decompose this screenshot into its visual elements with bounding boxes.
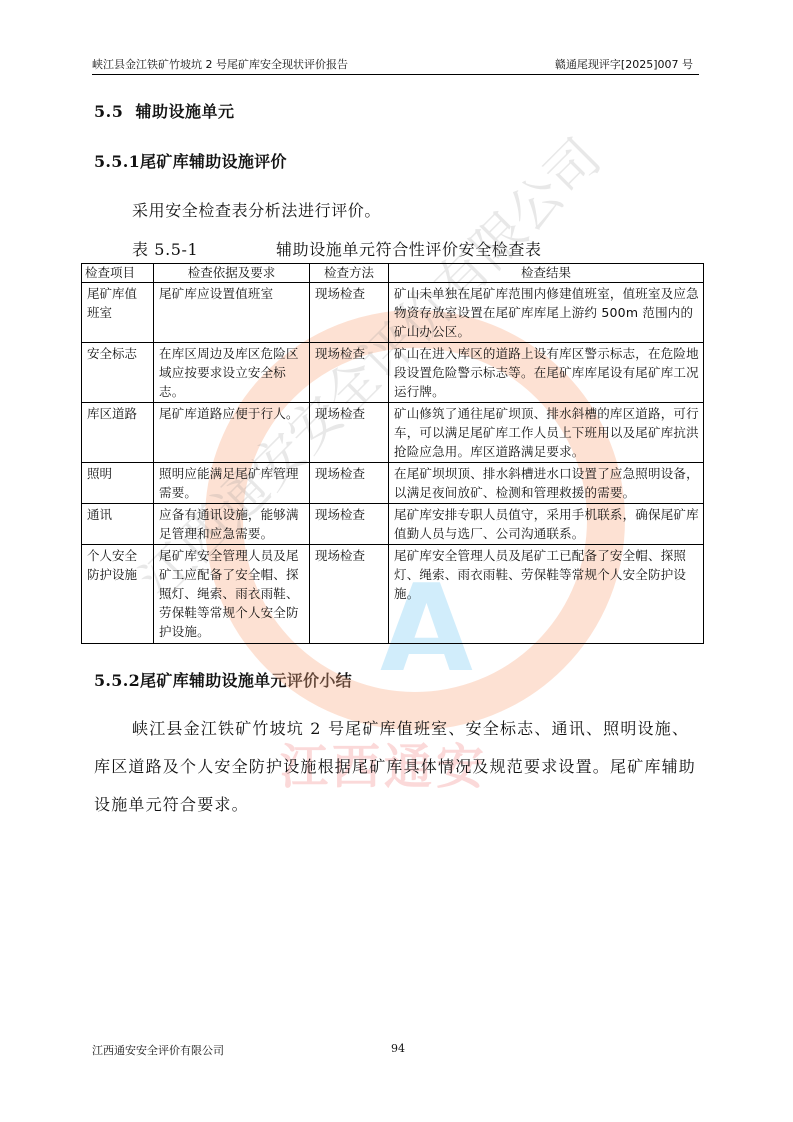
cell-item: 库区道路 [82, 403, 154, 463]
cell-result: 矿山未单独在尾矿库范围内修建值班室，值班室及应急物资存放室设置在尾矿库库尾上游约… [389, 283, 704, 343]
cell-method: 现场检查 [310, 545, 389, 644]
cell-item: 安全标志 [82, 343, 154, 403]
cell-basis: 应备有通讯设施，能够满足管理和应急需要。 [154, 504, 310, 545]
subsection-heading-2: 5.5.2尾矿库辅助设施单元评价小结 [94, 668, 352, 691]
document-page: A 江西通安安全评价有限公司 江西通安 峡江县金江铁矿竹坡坑 2 号尾矿库安全现… [0, 0, 793, 1122]
header-report-title: 峡江县金江铁矿竹坡坑 2 号尾矿库安全现状评价报告 [92, 58, 348, 72]
table-row: 个人安全防护设施 尾矿库安全管理人员及尾矿工应配备了安全帽、探照灯、绳索、雨衣雨… [82, 545, 704, 644]
col-header-basis: 检查依据及要求 [154, 264, 310, 283]
cell-item: 个人安全防护设施 [82, 545, 154, 644]
cell-basis: 照明应能满足尾矿库管理需要。 [154, 463, 310, 504]
cell-result: 尾矿库安全管理人员及尾矿工已配备了安全帽、探照灯、绳索、雨衣雨鞋、劳保鞋等常规个… [389, 545, 704, 644]
col-header-item: 检查项目 [82, 264, 154, 283]
page-header: 峡江县金江铁矿竹坡坑 2 号尾矿库安全现状评价报告 赣通尾现评字[2025]00… [92, 57, 699, 75]
header-doc-number: 赣通尾现评字[2025]007 号 [555, 58, 693, 72]
table-caption-number: 表 5.5-1 [132, 237, 198, 260]
cell-basis: 在库区周边及库区危险区域应按要求设立安全标志。 [154, 343, 310, 403]
table-row: 库区道路 尾矿库道路应便于行人。 现场检查 矿山修筑了通往尾矿坝顶、排水斜槽的库… [82, 403, 704, 463]
summary-text: 峡江县金江铁矿竹坡坑 2 号尾矿库值班室、安全标志、通讯、照明设施、库区道路及个… [94, 719, 696, 814]
page-number: 94 [391, 1042, 405, 1055]
col-header-result: 检查结果 [389, 264, 704, 283]
table-row: 通讯 应备有通讯设施，能够满足管理和应急需要。 现场检查 尾矿库安排专职人员值守… [82, 504, 704, 545]
cell-method: 现场检查 [310, 504, 389, 545]
cell-method: 现场检查 [310, 403, 389, 463]
summary-paragraph: 峡江县金江铁矿竹坡坑 2 号尾矿库值班室、安全标志、通讯、照明设施、库区道路及个… [94, 710, 699, 824]
cell-item: 尾矿库值班室 [82, 283, 154, 343]
cell-result: 在尾矿坝坝顶、排水斜槽进水口设置了应急照明设备，以满足夜间放矿、检测和管理救援的… [389, 463, 704, 504]
cell-item: 通讯 [82, 504, 154, 545]
col-header-method: 检查方法 [310, 264, 389, 283]
table-row: 照明 照明应能满足尾矿库管理需要。 现场检查 在尾矿坝坝顶、排水斜槽进水口设置了… [82, 463, 704, 504]
table-row: 安全标志 在库区周边及库区危险区域应按要求设立安全标志。 现场检查 矿山在进入库… [82, 343, 704, 403]
section-heading: 5.5 辅助设施单元 [94, 99, 234, 122]
table-row: 尾矿库值班室 尾矿库应设置值班室 现场检查 矿山未单独在尾矿库范围内修建值班室，… [82, 283, 704, 343]
cell-method: 现场检查 [310, 343, 389, 403]
subsection-heading-1: 5.5.1尾矿库辅助设施评价 [94, 149, 287, 172]
cell-basis: 尾矿库安全管理人员及尾矿工应配备了安全帽、探照灯、绳索、雨衣雨鞋、劳保鞋等常规个… [154, 545, 310, 644]
cell-result: 尾矿库安排专职人员值守，采用手机联系，确保尾矿库值勤人员与选厂、公司沟通联系。 [389, 504, 704, 545]
safety-checklist-table: 检查项目 检查依据及要求 检查方法 检查结果 尾矿库值班室 尾矿库应设置值班室 … [81, 263, 704, 644]
footer-company: 江西通安安全评价有限公司 [92, 1042, 224, 1058]
cell-basis: 尾矿库道路应便于行人。 [154, 403, 310, 463]
cell-item: 照明 [82, 463, 154, 504]
cell-method: 现场检查 [310, 283, 389, 343]
cell-method: 现场检查 [310, 463, 389, 504]
table-header-row: 检查项目 检查依据及要求 检查方法 检查结果 [82, 264, 704, 283]
table-caption-title: 辅助设施单元符合性评价安全检查表 [276, 237, 542, 260]
cell-result: 矿山在进入库区的道路上设有库区警示标志，在危险地段设置危险警示标志等。在尾矿库库… [389, 343, 704, 403]
intro-paragraph: 采用安全检查表分析法进行评价。 [132, 198, 381, 221]
cell-result: 矿山修筑了通往尾矿坝顶、排水斜槽的库区道路，可行车，可以满足尾矿库工作人员上下班… [389, 403, 704, 463]
cell-basis: 尾矿库应设置值班室 [154, 283, 310, 343]
